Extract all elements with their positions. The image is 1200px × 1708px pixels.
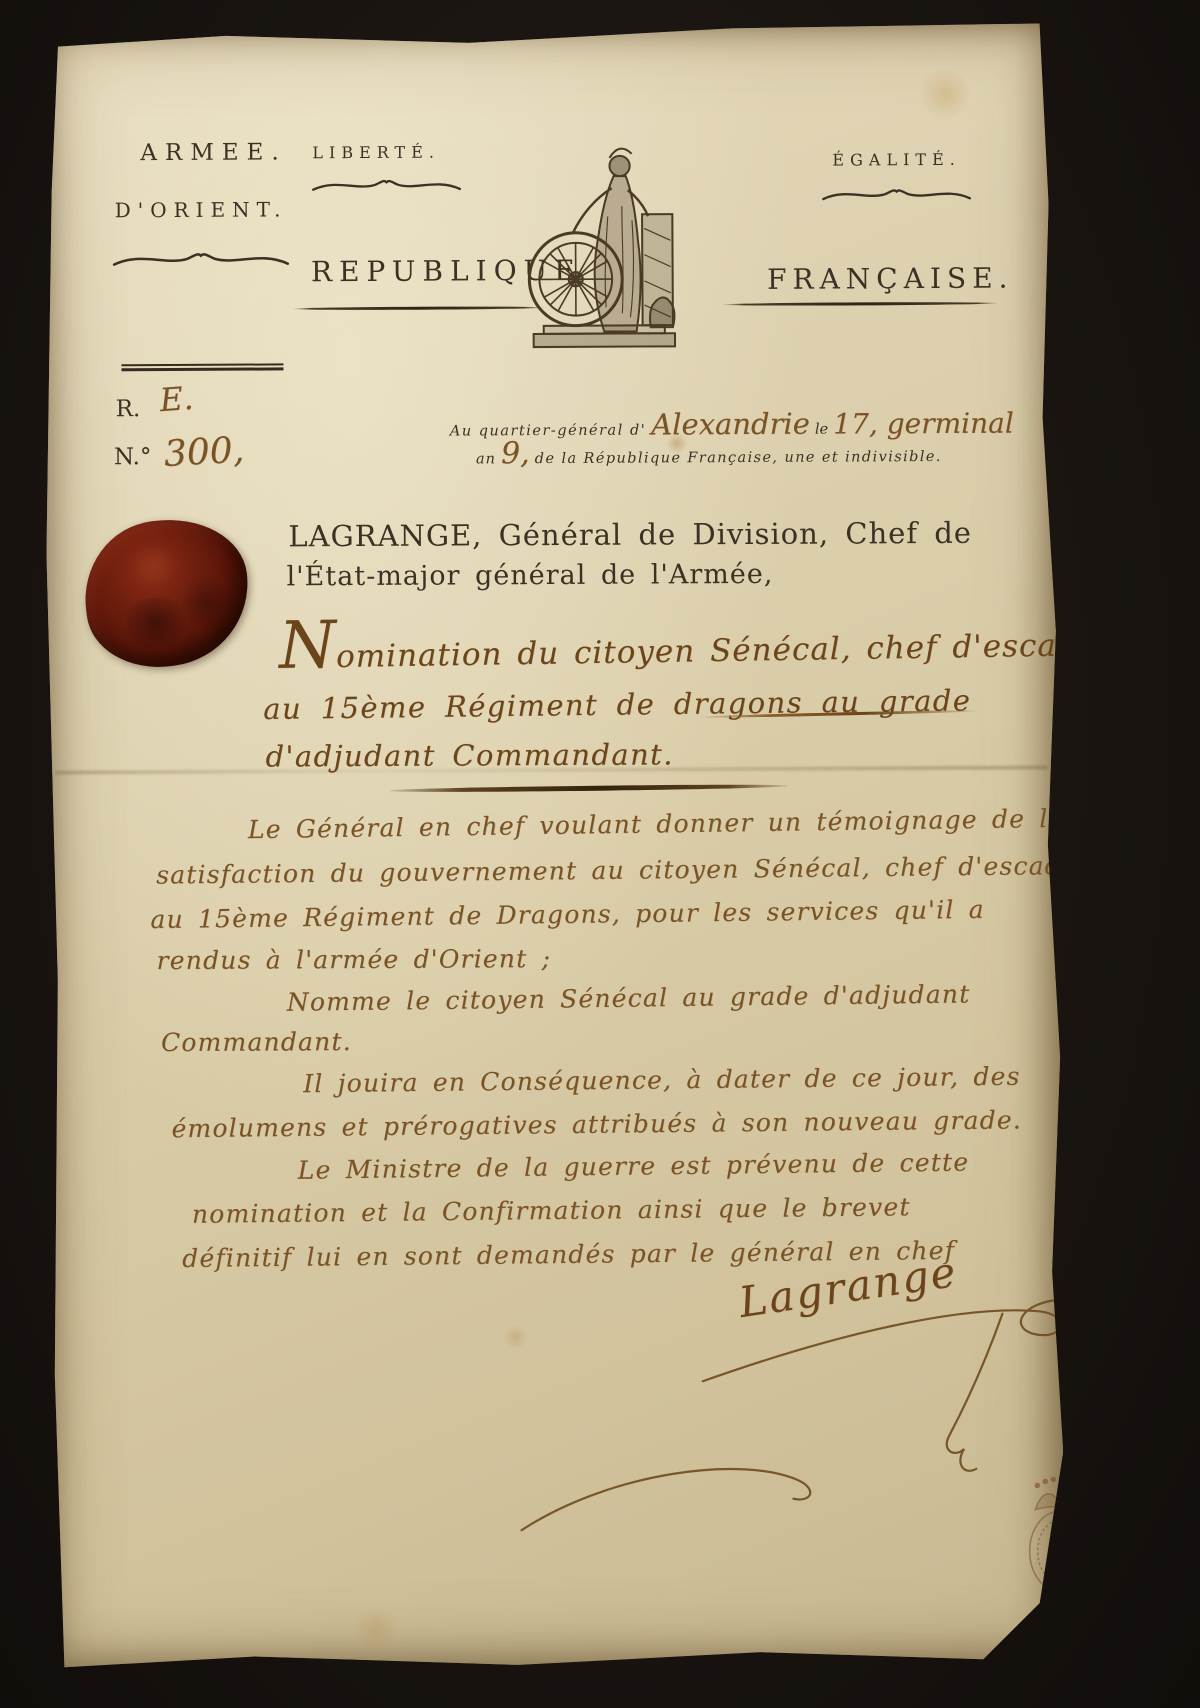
brace-ornament	[111, 247, 291, 270]
francaise-underline	[721, 302, 999, 306]
armee-title-line2: D'ORIENT.	[115, 197, 288, 222]
francaise-title: FRANÇAISE.	[767, 262, 1014, 296]
body-line: rendus à l'armée d'Orient ;	[157, 944, 552, 975]
dateline-printed-an: an	[476, 451, 496, 467]
heading-line1: LAGRANGE, Général de Division, Chef de	[288, 516, 972, 554]
body-line: Nomme le citoyen Sénécal au grade d'adju…	[287, 979, 971, 1016]
heading-line2: l'État-major général de l'Armée,	[287, 559, 774, 593]
body-line: émolumens et prérogatives attribués à so…	[171, 1105, 1022, 1143]
foxing-stain	[350, 1609, 402, 1649]
republique-underline	[291, 306, 545, 310]
body-line: au 15ème Régiment de Dragons, pour les s…	[150, 895, 985, 934]
wax-seal-texture	[125, 544, 185, 589]
dateline-printed-suffix: de la République Française, une et indiv…	[535, 449, 942, 467]
republic-figure-engraving	[522, 135, 685, 350]
reference-number-handwritten: 300,	[163, 430, 245, 476]
foxing-stain	[916, 70, 974, 118]
subject-line1: Nomination du citoyen Sénécal, chef d'es…	[279, 610, 1135, 675]
body-line: satisfaction du gouvernement au citoyen …	[156, 851, 1109, 890]
liberte-motto: LIBERTÉ.	[312, 143, 440, 163]
dateline-year-handwritten: 9,	[501, 436, 530, 471]
brace-ornament	[821, 184, 973, 205]
wax-seal	[76, 510, 257, 676]
reference-r-handwritten: E.	[158, 379, 194, 419]
reference-r-label: R.	[116, 396, 141, 422]
collector-stamp-icon	[1013, 1473, 1106, 1597]
subject-divider-rule	[390, 783, 788, 792]
body-line: Commandant.	[161, 1027, 352, 1057]
body-line: Le Général en chef voulant donner un tém…	[248, 804, 1065, 844]
armee-title-line1: ARMEE.	[140, 139, 287, 166]
egalite-motto: ÉGALITÉ.	[832, 150, 961, 170]
brace-ornament	[310, 174, 462, 195]
photo-background: ARMEE. D'ORIENT. LIBERTÉ. REPUBLIQUE	[0, 0, 1200, 1708]
body-line: nomination et la Confirmation ainsi que …	[192, 1192, 911, 1229]
subject-line3: d'adjudant Commandant.	[265, 737, 673, 773]
body-line: Le Ministre de la guerre est prévenu de …	[298, 1147, 970, 1184]
double-rule	[121, 363, 283, 371]
reference-number-label: N.°	[114, 444, 152, 470]
dateline: Au quartier-général d' Alexandrie le 17,…	[450, 405, 1050, 471]
signature-flourish	[442, 1283, 1164, 1577]
body-line: Il jouira en Conséquence, à dater de ce …	[303, 1062, 1021, 1099]
document-paper: ARMEE. D'ORIENT. LIBERTÉ. REPUBLIQUE	[44, 23, 1065, 1670]
subject-line2: au 15ème Régiment de dragons au grade	[263, 683, 971, 726]
